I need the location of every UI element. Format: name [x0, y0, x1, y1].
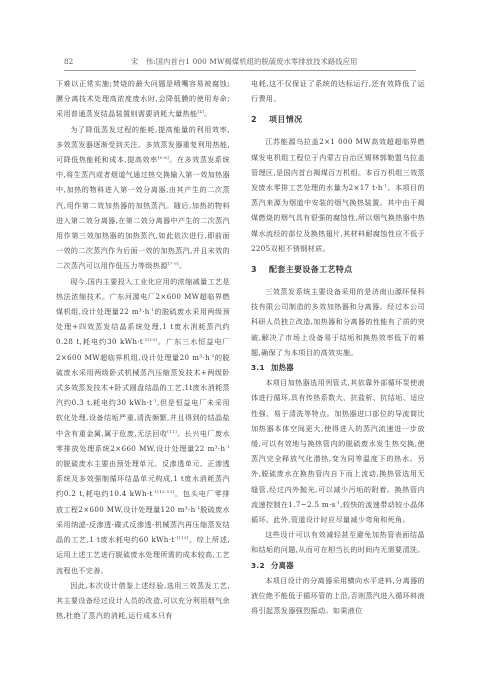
page-number: 82	[64, 57, 73, 66]
section-heading-2: 2项目情况	[251, 112, 425, 128]
paragraph: 江苏能源乌拉盖2×1 000 MW高效超超临界燃煤发电机组工程位于内蒙古自治区锡…	[251, 134, 425, 256]
subsection-heading-3-1: 3.1加热器	[251, 360, 425, 375]
paragraph: 因此,本次设计借鉴上述经验,选用三效蒸发工艺,其主要设备经过设计人员的改造,可以…	[56, 578, 230, 624]
running-title: 宋 伟:国内首台1 000 MW褐煤机组的脱硫废水零排放技术路线应用	[131, 57, 358, 67]
left-column: 下难以正常实施;焚烧的最大问题是喷嘴容易被腐蚀;膜分离技术处理高浓度废水时,会降…	[56, 76, 230, 623]
subsection-heading-3-2: 3.2分离器	[251, 558, 425, 573]
header-rule	[64, 70, 416, 71]
paragraph: 下难以正常实施;焚烧的最大问题是喷嘴容易被腐蚀;膜分离技术处理高浓度废水时,会降…	[56, 76, 230, 122]
paragraph: 现今,国内主要投入工业化应用的浓缩减量工艺是热法浓缩技术。广东河源电厂2×600…	[56, 274, 230, 578]
paragraph: 三效蒸发系统主要设备采用的是济南山源环保科技有限公司制造的多效加热器和分离器。经…	[251, 284, 425, 360]
running-header: 82 宋 伟:国内首台1 000 MW褐煤机组的脱硫废水零排放技术路线应用	[64, 57, 424, 69]
paragraph: 本项目设计的分离器采用横向水平进料,分离器的液位绝不能低于循环管的上沿,否则蒸汽…	[251, 573, 425, 619]
section-heading-3: 3配套主要设备工艺特点	[251, 262, 425, 278]
paragraph: 本项目加热器选用列管式,其依靠外部循环泵使液体进行循环,具有传热系数大、抗盐析、…	[251, 375, 425, 527]
paragraph: 这些设计可以有效减轻甚至避免加热管表面结晶和结垢的问题,从而可在相当长的时间内无…	[251, 527, 425, 557]
paragraph: 电耗,这不仅保证了系统的达标运行,还有效降低了运行费用。	[251, 76, 425, 106]
paragraph: 为了降低蒸发过程的能耗,提高能量的利用效率,多效蒸发器逐渐受到关注。多效蒸发器重…	[56, 122, 230, 274]
right-column: 电耗,这不仅保证了系统的达标运行,还有效降低了运行费用。 2项目情况 江苏能源乌…	[251, 76, 425, 619]
